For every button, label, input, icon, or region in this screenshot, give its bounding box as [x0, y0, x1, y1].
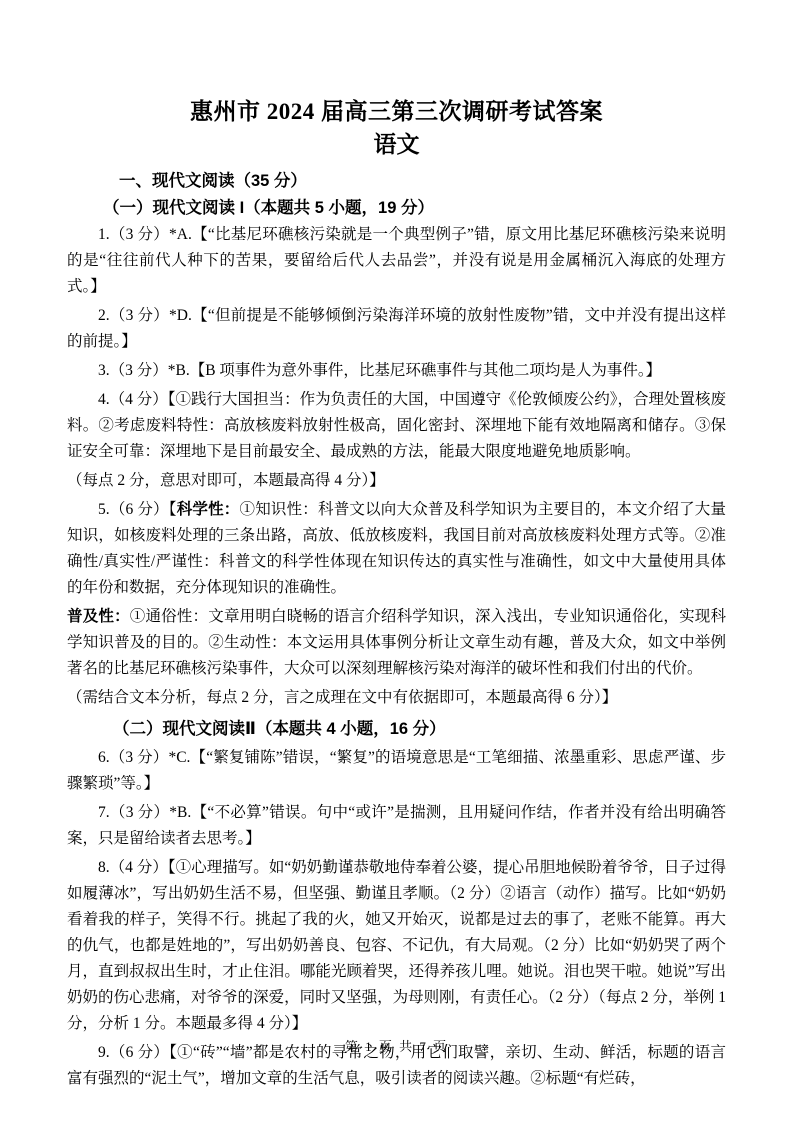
part2-heading: （二）现代文阅读Ⅱ（本题共 4 小题，16 分）: [113, 716, 726, 742]
exam-subject: 语文: [67, 130, 726, 160]
answer-q8: 8.（4 分）【①心理描写。如“奶奶勤谨恭敬地侍奉着公婆，提心吊胆地候盼着爷爷，…: [67, 855, 726, 1037]
answer-q6: 6.（3 分）*C.【“繁复铺陈”错误，“繁复”的语境意思是“工笔细描、浓墨重彩…: [67, 745, 726, 797]
answer-q5-popularity-body: ①通俗性：文章用明白晓畅的语言介绍科学知识，深入浅出，专业知识通俗化，实现科学知…: [67, 608, 726, 677]
answer-q1: 1.（3 分）*A.【“比基尼环礁核污染就是一个典型例子”错，原文用比基尼环礁核…: [67, 222, 726, 300]
page-footer: 第 1 页 共 7 页: [0, 1036, 793, 1055]
answer-q4-note: （每点 2 分，意思对即可，本题最高得 4 分）】: [67, 468, 726, 494]
answer-q5-prefix: 5.（6 分）【: [98, 501, 177, 518]
answer-q5-popularity: 普及性：①通俗性：文章用明白晓畅的语言介绍科学知识，深入浅出，专业知识通俗化，实…: [67, 604, 726, 682]
answer-q4: 4.（4 分）【①践行大国担当：作为负责任的大国，中国遵守《伦敦倾废公约》，合理…: [67, 387, 726, 465]
exam-title: 惠州市 2024 届高三第三次调研考试答案: [67, 97, 726, 127]
answer-q3: 3.（3 分）*B.【B 项事件为意外事件，比基尼环礁事件与其他二项均是人为事件…: [67, 358, 726, 384]
answer-q2: 2.（3 分）*D.【“但前提是不能够倾倒污染海洋环境的放射性废物”错，文中并没…: [67, 303, 726, 355]
document-page: 惠州市 2024 届高三第三次调研考试答案 语文 一、现代文阅读（35 分） （…: [0, 0, 793, 1122]
answer-q5-keyword-popularity: 普及性：: [67, 608, 130, 625]
section-heading-modern-reading: 一、现代文阅读（35 分）: [119, 169, 726, 193]
answer-q7: 7.（3 分）*B.【“不必算”错误。句中“或许”是揣测，且用疑问作结，作者并没…: [67, 800, 726, 852]
answer-q5-note: （需结合文本分析，每点 2 分，言之成理在文中有依据即可，本题最高得 6 分）】: [67, 685, 726, 711]
answer-q5-keyword-scientific: 科学性：: [177, 501, 240, 518]
answer-q5: 5.（6 分）【科学性：①知识性：科普文以向大众普及科学知识为主要目的，本文介绍…: [67, 497, 726, 601]
part1-heading: （一）现代文阅读 I（本题共 5 小题，19 分）: [103, 196, 726, 220]
